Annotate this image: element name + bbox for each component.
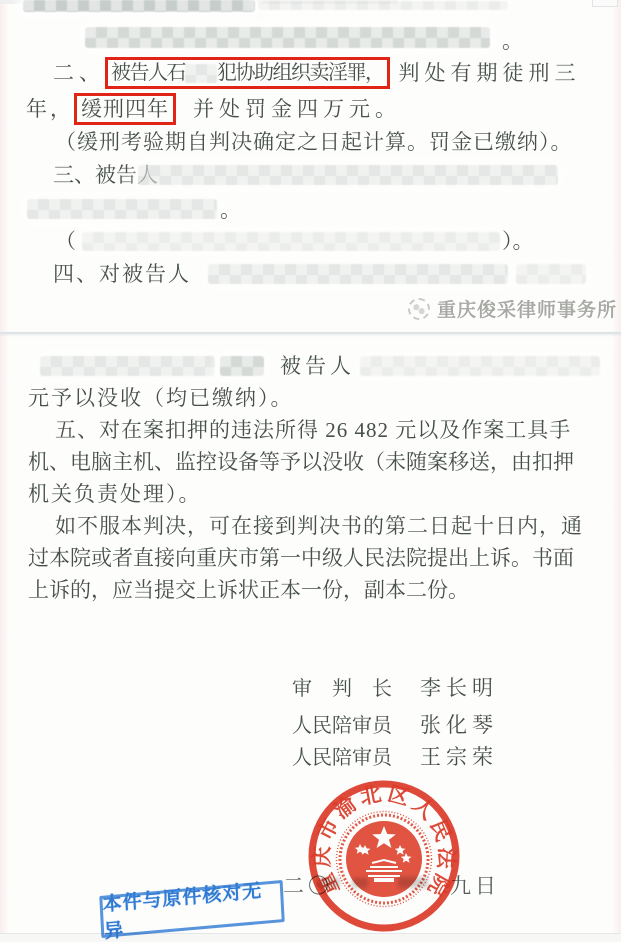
photo-edge-left bbox=[0, 0, 8, 933]
redacted-text bbox=[208, 264, 508, 284]
redacted-text bbox=[40, 356, 215, 376]
signer-row: 人民陪审员 王宗荣 bbox=[292, 741, 498, 771]
body-text: 。 bbox=[220, 198, 241, 222]
confiscation-line: 元予以没收（均已缴纳）。 bbox=[28, 386, 294, 410]
redacted-text bbox=[138, 165, 558, 185]
signer-row: 人民陪审员 张化琴 bbox=[292, 709, 498, 739]
judgment-photo: 。 二、 被告人石犯协助组织卖淫罪， 判处有期徒刑三 年， 缓刑四年 并处罚金四… bbox=[0, 0, 621, 942]
judgment-item-4: 四、对被告人 bbox=[53, 262, 191, 286]
signer-role: 审 判 长 bbox=[292, 672, 420, 701]
judgment-item-5-line1: 五、对在案扣押的违法所得 26 482 元以及作案工具手 bbox=[55, 418, 571, 442]
court-seal: 重庆市渝北区人民法院 bbox=[302, 779, 466, 933]
sentence-text: 年， bbox=[26, 97, 74, 121]
judgment-item-5-line2: 机、电脑主机、监控设备等予以没收（未随案移送，由扣押 bbox=[28, 450, 574, 474]
signer-name: 李长明 bbox=[420, 672, 498, 702]
signer-name: 王宗荣 bbox=[420, 741, 498, 771]
highlight-box-crime: 被告人石犯协助组织卖淫罪， bbox=[105, 57, 390, 89]
signer-name: 张化琴 bbox=[420, 709, 498, 739]
signer-role: 人民陪审员 bbox=[292, 741, 420, 770]
appeal-notice-line2: 过本院或者直接向重庆市第一中级人民法院提出上诉。书面 bbox=[28, 546, 574, 570]
verification-stamp: 本件与原件核对无异 bbox=[99, 880, 284, 938]
redacted-text bbox=[220, 356, 264, 376]
redacted-text bbox=[23, 0, 255, 12]
national-emblem-icon bbox=[337, 812, 432, 907]
judgment-item-5-line3: 机关负责处理）。 bbox=[28, 482, 202, 506]
signer-row: 审 判 长 李长明 bbox=[292, 672, 498, 702]
redacted-text bbox=[360, 356, 600, 376]
appeal-notice-line3: 上诉的，应当提交上诉状正本一份，副本二份。 bbox=[28, 578, 469, 602]
signer-role: 人民陪审员 bbox=[292, 709, 420, 738]
redacted-text bbox=[82, 232, 500, 251]
probation-note: （缓刑考验期自判决确定之日起计算。罚金已缴纳）。 bbox=[55, 130, 573, 154]
photo-top-chip bbox=[592, 0, 618, 7]
redacted-name bbox=[185, 64, 217, 83]
page-divider bbox=[0, 332, 621, 334]
appeal-notice-line1: 如不服本判决，可在接到判决书的第二日起十日内，通 bbox=[55, 514, 583, 538]
redacted-text bbox=[85, 27, 490, 48]
paren-open: （ bbox=[55, 229, 76, 253]
redacted-text bbox=[258, 1, 508, 10]
photo-bottom-strip bbox=[0, 933, 621, 942]
redacted-text bbox=[27, 199, 217, 219]
body-text: 被告人 bbox=[280, 354, 355, 378]
highlight-box-probation: 缓刑四年 bbox=[74, 93, 176, 125]
judgment-item-2-line1: 二、 被告人石犯协助组织卖淫罪， 判处有期徒刑三 bbox=[53, 57, 581, 89]
paren-close: ）。 bbox=[502, 229, 534, 253]
judgment-item-2-line2: 年， 缓刑四年 并处罚金四万元。 bbox=[26, 93, 401, 125]
item2-number: 二、 bbox=[53, 61, 105, 85]
law-firm-name: 重庆俊采律师事务所 bbox=[437, 295, 617, 322]
law-firm-watermark: 重庆俊采律师事务所 bbox=[408, 295, 617, 322]
redacted-text bbox=[516, 264, 586, 284]
law-firm-logo-icon bbox=[408, 298, 430, 320]
verification-stamp-text: 本件与原件核对无异 bbox=[102, 874, 282, 942]
sentence-text: 并处罚金四万元。 bbox=[193, 97, 401, 121]
defendant-name: 被告人石 bbox=[111, 61, 185, 85]
sentence-text: 判处有期徒刑三 bbox=[399, 61, 581, 85]
photo-edge-right bbox=[613, 0, 621, 933]
crime-text: 犯协助组织卖淫罪， bbox=[217, 61, 384, 85]
body-text: 。 bbox=[502, 29, 523, 53]
